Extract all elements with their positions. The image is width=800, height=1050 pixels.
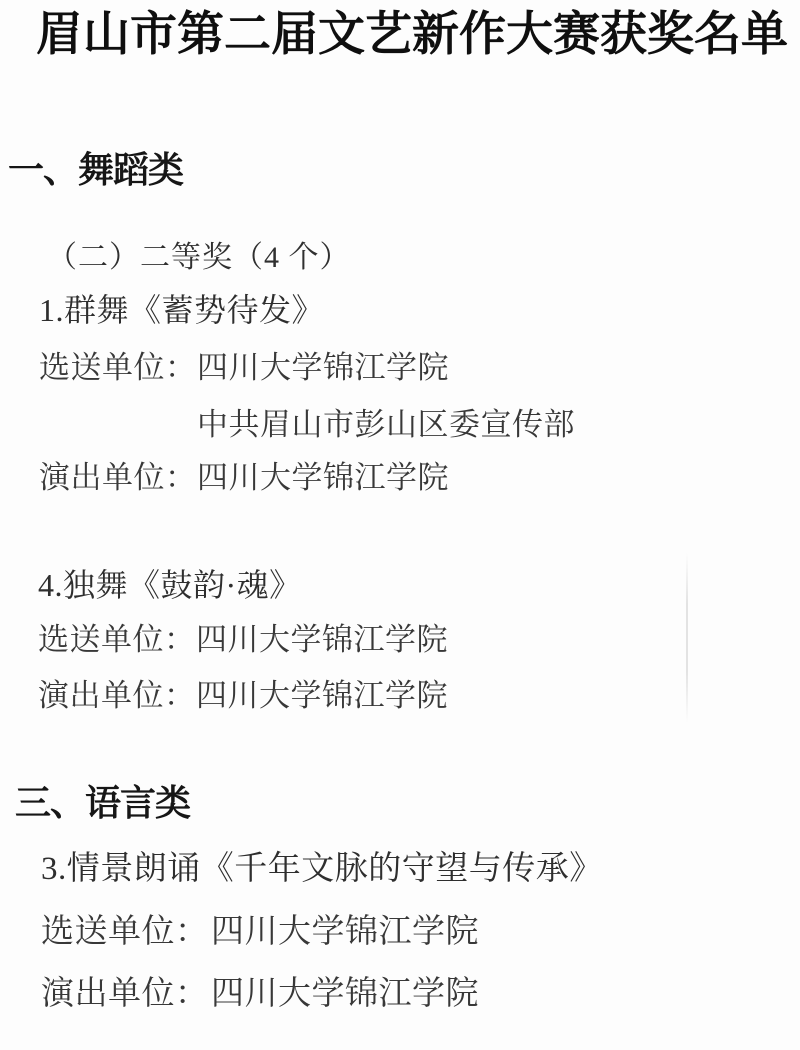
org-row: 演出单位： 四川大学锦江学院 [39,461,449,495]
org-value: 四川大学锦江学院 [196,679,448,713]
org-value: 四川大学锦江学院 [197,461,449,495]
scanned-document-page: 眉山市第二届文艺新作大赛获奖名单 一、舞蹈类 （二）二等奖（4 个） 1.群舞《… [0,0,800,1050]
org-row-continuation: 中共眉山市彭山区委宣传部 [39,408,575,442]
document-title: 眉山市第二届文艺新作大赛获奖名单 [12,10,800,62]
scan-artifact-line [686,553,688,723]
entry-title-solo-dance: 4.独舞《鼓韵·魂》 [38,568,302,603]
award-tier-label: （二）二等奖（4 个） [47,241,351,274]
org-label: 选送单位： [41,914,211,950]
org-row: 演出单位： 四川大学锦江学院 [38,679,448,713]
org-value: 四川大学锦江学院 [197,351,449,385]
org-label: 选送单位： [39,351,197,385]
entry-title-recitation: 3.情景朗诵《千年文脉的守望与传承》 [41,851,603,887]
org-label: 演出单位： [39,461,197,495]
org-row: 选送单位： 四川大学锦江学院 [41,914,479,950]
org-row: 选送单位： 四川大学锦江学院 [38,623,448,657]
entry-title-group-dance: 1.群舞《蓄势待发》 [39,293,324,328]
section-heading-dance: 一、舞蹈类 [8,150,183,190]
org-label [39,408,197,442]
org-value: 四川大学锦江学院 [211,976,479,1012]
section-heading-language: 三、语言类 [15,783,190,823]
org-label: 演出单位： [41,976,211,1012]
org-value: 四川大学锦江学院 [196,623,448,657]
org-label: 演出单位： [38,679,196,713]
org-value: 四川大学锦江学院 [211,914,479,950]
org-label: 选送单位： [38,623,196,657]
org-value: 中共眉山市彭山区委宣传部 [197,408,575,442]
org-row: 演出单位： 四川大学锦江学院 [41,976,479,1012]
org-row: 选送单位： 四川大学锦江学院 [39,351,449,385]
